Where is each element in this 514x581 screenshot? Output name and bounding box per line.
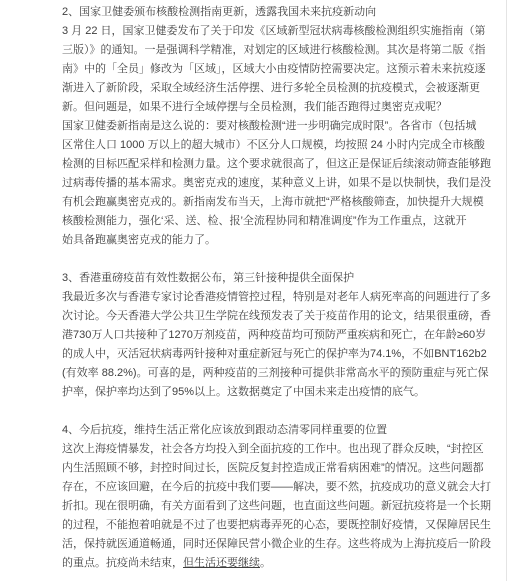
text-line: 三版）》的通知。一是强调科学精准，对划定的区域进行核酸检测。其次是将第二版《指 — [62, 41, 502, 60]
text-line: (有效率 88.2%)。可喜的是，两种疫苗的三剂接种可提供非常高水平的预防重症与… — [62, 364, 502, 383]
article: 2、国家卫健委颁布核酸检测指南更新，透露我国未来抗疫新动向3 月 22 日，国家… — [62, 3, 502, 573]
text-line: 次讨论。今天香港大学公共卫生学院在线预发表了关于疫苗作用的论文，结果很重磅，香 — [62, 307, 502, 326]
section-2: 2、国家卫健委颁布核酸检测指南更新，透露我国未来抗疫新动向3 月 22 日，国家… — [62, 3, 502, 250]
document-page: 2、国家卫健委颁布核酸检测指南更新，透露我国未来抗疫新动向3 月 22 日，国家… — [0, 0, 514, 581]
text-line: 区常住人口 1000 万以上的超大城市）不区分人口规模，均按照 24 小时内完成… — [62, 136, 502, 155]
text-line: 核酸检测能力，强化‘采、送、检、报’全流程协同和精准调度”作为工作重点，这就开 — [62, 212, 502, 231]
text-line: 我最近多次与香港专家讨论香港疫情管控过程，特别是对老年人病死率高的问题进行了多 — [62, 288, 502, 307]
text-line-final: 的重点。抗疫尚未结束，但生活还要继续。 — [62, 554, 502, 573]
text-segment: 的重点。抗疫尚未结束， — [62, 557, 183, 569]
text-line: 港730万人口共接种了1270万剂疫苗，两种疫苗均可预防严重疾病和死亡，在年龄≥… — [62, 326, 502, 345]
text-line: 护率，保护率均达到了95%以上。这数据奠定了中国未来走出疫情的底气。 — [62, 383, 502, 402]
text-line: 国家卫健委新指南是这么说的：要对核酸检测“进一步明确完成时限”。各省市（包括城 — [62, 117, 502, 136]
text-line: 的过程，不能抱着咱就是不过了也要把病毒弄死的心态，要既控制好疫情，又保障居民生 — [62, 516, 502, 535]
text-line: 检测的目标匹配采样和检测力量。这个要求就很高了，但这正是保证后续滚动筛查能够跑 — [62, 155, 502, 174]
text-line: 这次上海疫情暴发，社会各方均投入到全面抗疫的工作中。也出现了群众反映，“封控区 — [62, 440, 502, 459]
text-segment: 。 — [260, 557, 271, 569]
text-line: 存在，不应该回避，在今后的抗疫中我们要——解决，要不然，抗疫成功的意义就会大打 — [62, 478, 502, 497]
section-heading: 4、今后抗疫，维持生活正常化应该放到跟动态清零同样重要的位置 — [62, 421, 502, 440]
section-3: 3、香港重磅疫苗有效性数据公布，第三针接种提供全面保护我最近多次与香港专家讨论香… — [62, 269, 502, 402]
underlined-phrase: 但生活还要继续 — [183, 557, 260, 569]
text-line: 南》中的「全员」修改为「区域」，区域大小由疫情防控需要决定。这预示着未来抗疫逐 — [62, 60, 502, 79]
section-heading: 2、国家卫健委颁布核酸检测指南更新，透露我国未来抗疫新动向 — [62, 3, 502, 22]
page-border-line — [506, 0, 507, 581]
text-line: 活，保持就医通道畅通，同时还保障民营小微企业的生存。这些将成为上海抗疫后一阶段 — [62, 535, 502, 554]
text-line: 的成人中，灭活冠状病毒两针接种对重症新冠与死亡的保护率为74.1%，不如BNT1… — [62, 345, 502, 364]
text-line: 内生活照顾不够，封控时间过长，医院反复封控造成正常看病困难”的情况。这些问题都 — [62, 459, 502, 478]
text-line: 有机会跑赢奥密克戎的。新指南发布当天，上海市就把“严格核酸筛查，加快提升大规模 — [62, 193, 502, 212]
text-line: 折扣。现在很明确，有关方面看到了这些问题，也直面这些问题。新冠抗疫将是一个长期 — [62, 497, 502, 516]
section-4: 4、今后抗疫，维持生活正常化应该放到跟动态清零同样重要的位置这次上海疫情暴发，社… — [62, 421, 502, 573]
text-line: 新。但问题是，如果不进行全域停摆与全员检测，我们能否跑得过奥密克戎呢？ — [62, 98, 502, 117]
text-line: 过病毒传播的基本需求。奥密克戎的速度，某种意义上讲，如果不是以快制快，我们是没 — [62, 174, 502, 193]
text-line: 渐进入了新阶段，采取全域经济生活停摆、进行多轮全员检测的抗疫模式，会被逐渐更 — [62, 79, 502, 98]
text-line: 3 月 22 日，国家卫健委发布了关于印发《区域新型冠状病毒核酸检测组织实施指南… — [62, 22, 502, 41]
section-heading: 3、香港重磅疫苗有效性数据公布，第三针接种提供全面保护 — [62, 269, 502, 288]
text-line: 始具备跑赢奥密克戎的能力了。 — [62, 231, 502, 250]
